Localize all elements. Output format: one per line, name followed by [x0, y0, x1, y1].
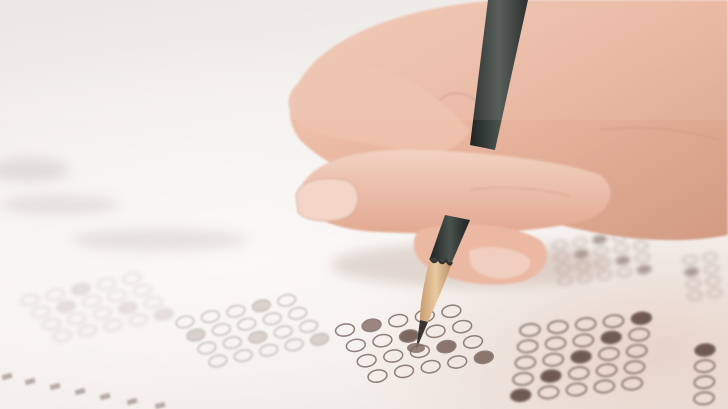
- bubble-block-right: [504, 311, 721, 405]
- bubble-block-left: [20, 267, 174, 348]
- answer-sheet-illustration: [0, 0, 728, 409]
- photo-scene: Close-up of a hand holding a pencil, fil…: [0, 0, 728, 409]
- timing-marks: [2, 373, 166, 409]
- bubble-block-mid: [175, 288, 329, 373]
